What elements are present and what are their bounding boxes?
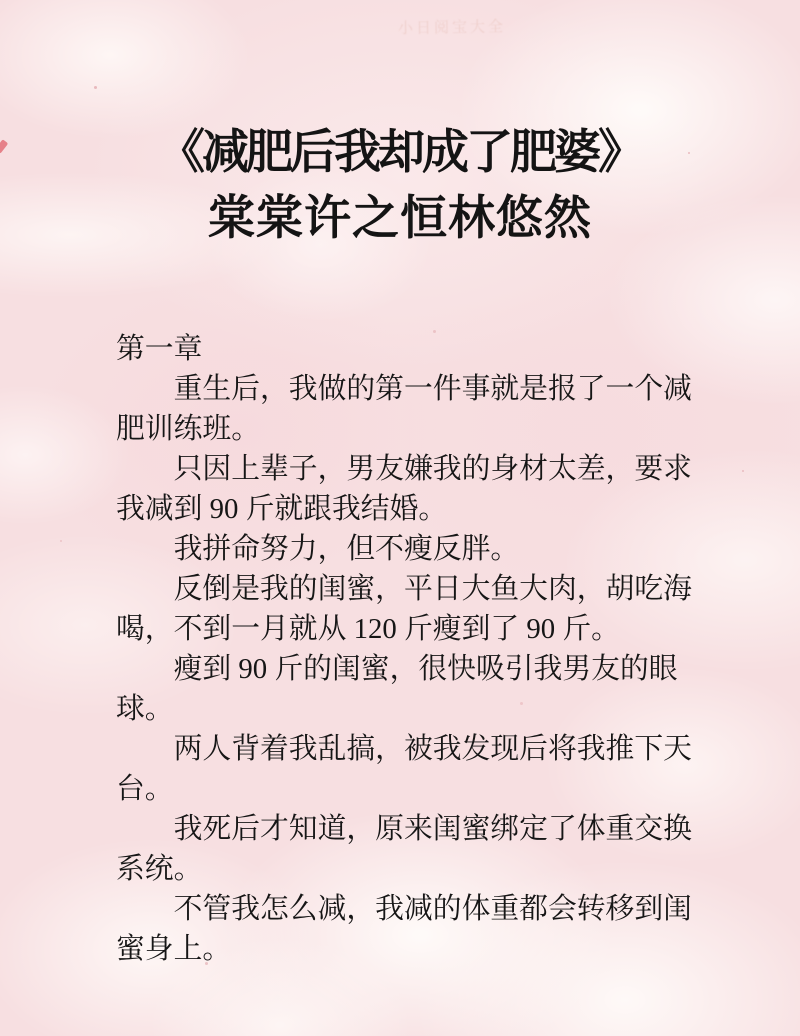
paragraph: 瘦到 90 斤的闺蜜，很快吸引我男友的眼球。 bbox=[116, 649, 706, 729]
book-title-line1: 《减肥后我却成了肥婆》 bbox=[0, 119, 800, 185]
paragraph: 两人背着我乱搞，被我发现后将我推下天台。 bbox=[116, 729, 706, 809]
book-title: 《减肥后我却成了肥婆》 棠棠许之恒林悠然 bbox=[0, 119, 800, 251]
book-title-line2: 棠棠许之恒林悠然 bbox=[0, 185, 800, 251]
chapter-content: 第一章 重生后，我做的第一件事就是报了一个减肥训练班。 只因上辈子，男友嫌我的身… bbox=[116, 329, 706, 969]
paragraph: 只因上辈子，男友嫌我的身材太差，要求我减到 90 斤就跟我结婚。 bbox=[116, 449, 706, 529]
chapter-heading: 第一章 bbox=[116, 329, 706, 369]
paragraph: 我死后才知道，原来闺蜜绑定了体重交换系统。 bbox=[116, 809, 706, 889]
watermark-text: 小日阅宝大全 bbox=[398, 15, 506, 38]
paragraph: 我拼命努力，但不瘦反胖。 bbox=[116, 529, 706, 569]
paragraph: 重生后，我做的第一件事就是报了一个减肥训练班。 bbox=[116, 369, 706, 449]
novel-page: 小日阅宝大全 《减肥后我却成了肥婆》 棠棠许之恒林悠然 第一章 重生后，我做的第… bbox=[0, 0, 800, 1036]
paragraph: 反倒是我的闺蜜，平日大鱼大肉，胡吃海喝，不到一月就从 120 斤瘦到了 90 斤… bbox=[116, 569, 706, 649]
paragraph: 不管我怎么减，我减的体重都会转移到闺蜜身上。 bbox=[116, 889, 706, 969]
